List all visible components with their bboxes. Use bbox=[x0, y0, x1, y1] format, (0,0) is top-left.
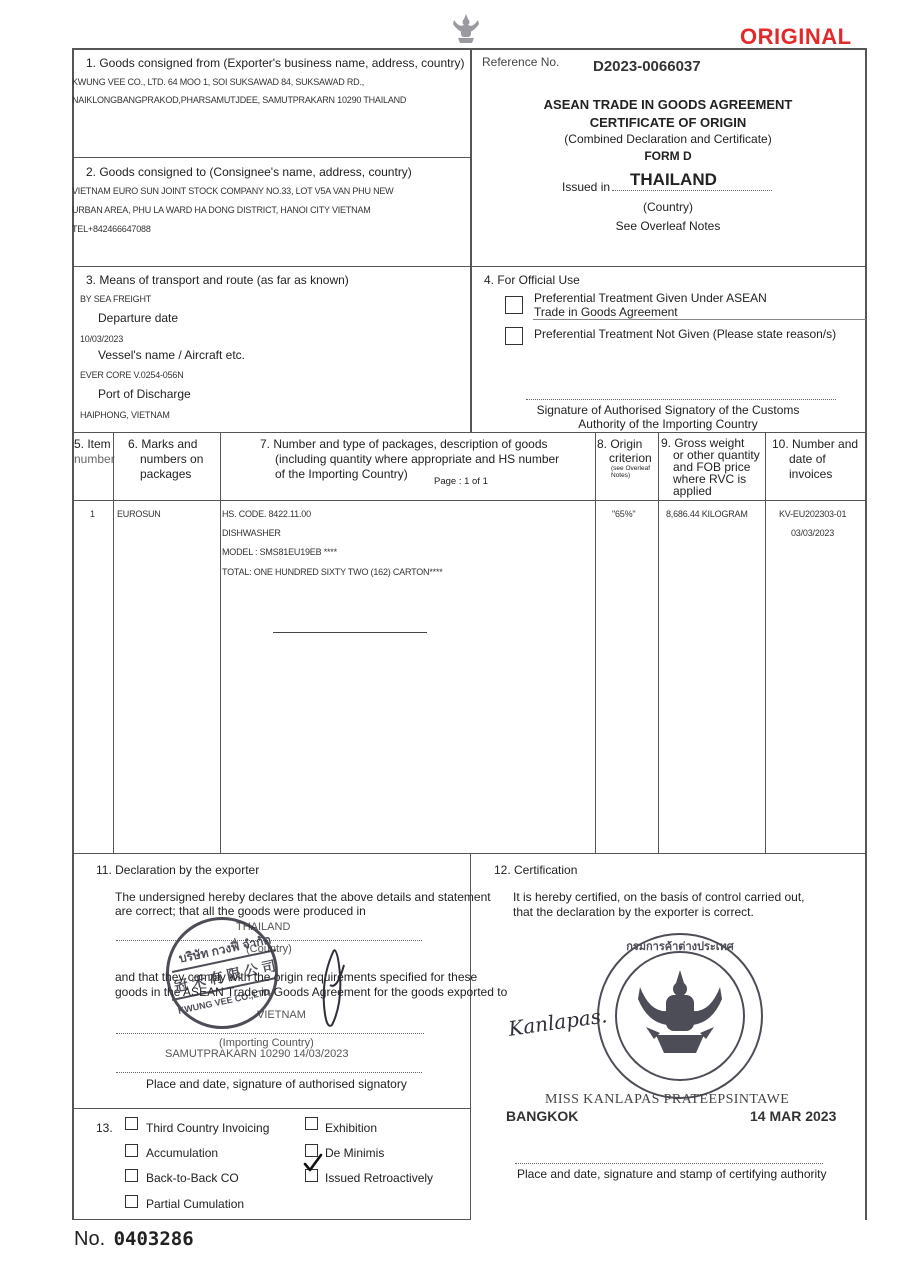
desc-total: TOTAL: ONE HUNDRED SIXTY TWO (162) CARTO… bbox=[222, 567, 443, 577]
serial-label: No. bbox=[74, 1228, 105, 1250]
third-country-invoicing-label: Third Country Invoicing bbox=[146, 1121, 269, 1135]
certification-text-2: that the declaration by the exporter is … bbox=[513, 905, 754, 919]
original-label: ORIGINAL bbox=[740, 24, 852, 50]
third-country-invoicing-checkbox[interactable] bbox=[125, 1117, 138, 1130]
customs-signature-caption-2: Authority of the Importing Country bbox=[470, 417, 866, 431]
preferential-given-label-2: Trade in Goods Agreement bbox=[534, 305, 678, 319]
col7-header-3: of the Importing Country) bbox=[260, 467, 559, 482]
garuda-seal-icon bbox=[636, 965, 724, 1065]
overleaf-notes: See Overleaf Notes bbox=[470, 219, 866, 233]
box1-label: 1. Goods consigned from (Exporter's busi… bbox=[86, 56, 464, 70]
agreement-title: ASEAN TRADE IN GOODS AGREEMENT bbox=[470, 96, 866, 114]
vessel-value: EVER CORE V.0254-056N bbox=[80, 370, 184, 380]
departure-date-value: 10/03/2023 bbox=[80, 334, 123, 344]
col10-header-3: invoices bbox=[772, 467, 858, 482]
desc-product: DISHWASHER bbox=[222, 528, 281, 538]
reference-label: Reference No. bbox=[482, 55, 559, 69]
issued-in-label: Issued in bbox=[562, 180, 610, 194]
partial-cumulation-checkbox[interactable] bbox=[125, 1195, 138, 1208]
exhibition-label: Exhibition bbox=[325, 1121, 377, 1135]
certifying-officer-name: MISS KANLAPAS PRATEEPSINTAWE bbox=[545, 1092, 789, 1108]
reference-number: D2023-0066037 bbox=[593, 58, 701, 75]
col8-header-3: (see Overleaf bbox=[597, 465, 652, 472]
vessel-label: Vessel's name / Aircraft etc. bbox=[98, 348, 245, 362]
consignee-address-line2: URBAN AREA, PHU LA WARD HA DONG DISTRICT… bbox=[72, 205, 371, 215]
col7-header-2: (including quantity where appropriate an… bbox=[260, 452, 559, 467]
serial-number: 0403286 bbox=[114, 1228, 194, 1250]
port-of-discharge-label: Port of Discharge bbox=[98, 387, 191, 401]
certificate-title: CERTIFICATE OF ORIGIN bbox=[470, 114, 866, 131]
preferential-not-given-checkbox[interactable] bbox=[505, 327, 523, 345]
col5-header-1: 5. Item bbox=[74, 437, 115, 452]
consignee-address-line1: VIETNAM EURO SUN JOINT STOCK COMPANY NO.… bbox=[72, 186, 393, 196]
garuda-emblem-icon bbox=[450, 12, 482, 46]
accumulation-checkbox[interactable] bbox=[125, 1144, 138, 1157]
certificate-subtitle: (Combined Declaration and Certificate) bbox=[470, 131, 866, 148]
col8-header-1: 8. Origin bbox=[597, 437, 652, 451]
exhibition-checkbox[interactable] bbox=[305, 1117, 318, 1130]
de-minimis-label: De Minimis bbox=[325, 1146, 384, 1160]
certification-date: 14 MAR 2023 bbox=[750, 1108, 836, 1124]
back-to-back-co-checkbox[interactable] bbox=[125, 1169, 138, 1182]
preferential-given-checkbox[interactable] bbox=[505, 296, 523, 314]
box12-label: 12. Certification bbox=[494, 863, 577, 877]
customs-signature-caption-1: Signature of Authorised Signatory of the… bbox=[470, 403, 866, 417]
box3-label: 3. Means of transport and route (as far … bbox=[86, 273, 349, 287]
col5-header-2: number bbox=[74, 452, 115, 467]
transport-mode: BY SEA FREIGHT bbox=[80, 294, 151, 304]
preferential-not-given-label: Preferential Treatment Not Given (Please… bbox=[534, 327, 836, 341]
seal-thai-text: กรมการค้าต่างประเทศ bbox=[619, 937, 741, 955]
accumulation-label: Accumulation bbox=[146, 1146, 218, 1160]
col9-header-5: applied bbox=[661, 485, 760, 497]
box11-label: 11. Declaration by the exporter bbox=[96, 863, 259, 877]
marks: EUROSUN bbox=[117, 509, 161, 519]
box13-number: 13. bbox=[96, 1121, 113, 1135]
certificate-serial: No. 0403286 bbox=[74, 1228, 194, 1251]
item-number: 1 bbox=[90, 509, 95, 519]
certification-place: BANGKOK bbox=[506, 1108, 578, 1124]
col8-header-4: Notes) bbox=[597, 472, 652, 479]
exporter-address-line1: KWUNG VEE CO., LTD. 64 MOO 1, SOI SUKSAW… bbox=[72, 77, 364, 87]
departure-date-label: Departure date bbox=[98, 311, 178, 325]
desc-model: MODEL : SMS81EU19EB **** bbox=[222, 547, 337, 557]
exporter-place-date: SAMUTPRAKARN 10290 14/03/2023 bbox=[165, 1048, 348, 1060]
checkmark-icon bbox=[302, 1152, 324, 1174]
form-name: FORM D bbox=[470, 148, 866, 165]
exporter-signature-caption: Place and date, signature of authorised … bbox=[146, 1077, 407, 1091]
origin-criterion: "65%" bbox=[612, 509, 635, 519]
invoice-date: 03/03/2023 bbox=[791, 528, 834, 538]
issued-in-country: THAILAND bbox=[630, 170, 717, 190]
certifier-signature-caption: Place and date, signature and stamp of c… bbox=[517, 1167, 827, 1181]
col10-header-2: date of bbox=[772, 452, 858, 467]
invoice-number: KV-EU202303-01 bbox=[779, 509, 846, 519]
page-indicator: Page : 1 of 1 bbox=[434, 476, 488, 487]
box4-label: 4. For Official Use bbox=[484, 273, 580, 287]
declaration-text-1: The undersigned hereby declares that the… bbox=[115, 890, 491, 904]
col7-header-1: 7. Number and type of packages, descript… bbox=[260, 437, 559, 452]
col6-header-3: packages bbox=[128, 467, 203, 482]
box2-label: 2. Goods consigned to (Consignee's name,… bbox=[86, 165, 412, 179]
consignee-phone: TEL+842466647088 bbox=[72, 224, 151, 234]
preferential-given-label-1: Preferential Treatment Given Under ASEAN bbox=[534, 291, 767, 305]
exporter-signature bbox=[312, 945, 352, 1035]
declaration-text-2: are correct; that all the goods were pro… bbox=[115, 904, 366, 918]
port-of-discharge-value: HAIPHONG, VIETNAM bbox=[80, 410, 170, 420]
desc-hs-code: HS. CODE. 8422.11.00 bbox=[222, 509, 311, 519]
col6-header-1: 6. Marks and bbox=[128, 437, 203, 452]
country-caption: (Country) bbox=[470, 200, 866, 214]
certification-text-1: It is hereby certified, on the basis of … bbox=[513, 890, 804, 904]
certifier-signature: Kanlapas. bbox=[507, 1003, 609, 1041]
gross-weight: 8,686.44 KILOGRAM bbox=[666, 509, 748, 519]
col10-header-1: 10. Number and bbox=[772, 437, 858, 452]
issued-retroactively-label: Issued Retroactively bbox=[325, 1171, 433, 1185]
importing-country: VIETNAM bbox=[257, 1009, 306, 1021]
exporter-address-line2: NAIKLONGBANGPRAKOD,PHARSAMUTJDEE, SAMUTP… bbox=[72, 95, 406, 105]
back-to-back-co-label: Back-to-Back CO bbox=[146, 1171, 239, 1185]
exporter-company-stamp: บริษัท กวงฟี่ จำกัด 冠 禾 有 限 公 司 KWUNG VE… bbox=[166, 917, 278, 1029]
col6-header-2: numbers on bbox=[128, 452, 203, 467]
partial-cumulation-label: Partial Cumulation bbox=[146, 1197, 244, 1211]
department-foreign-trade-seal: กรมการค้าต่างประเทศ DEPARTMENT OF FOREIG… bbox=[597, 933, 763, 1099]
col8-header-2: criterion bbox=[597, 451, 652, 465]
